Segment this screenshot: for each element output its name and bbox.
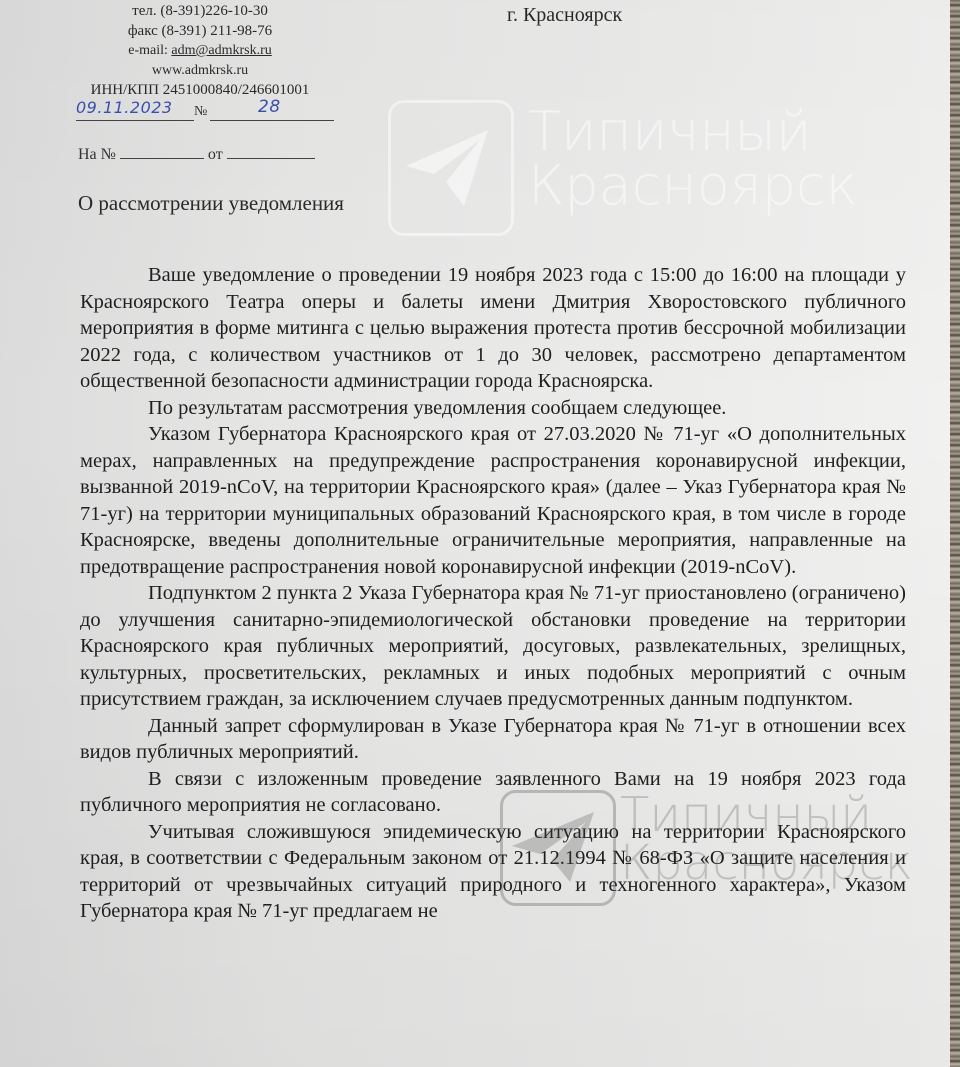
header-phone: тел. (8-391)226-10-30 xyxy=(60,1,340,21)
header-email-link[interactable]: adm@admkrsk.ru xyxy=(171,43,271,58)
paragraph-decree: Указом Губернатора Красноярского края от… xyxy=(80,421,906,580)
header-fax: факс (8-391) 211-98-76 xyxy=(60,21,340,41)
reply-prefix: На № xyxy=(78,146,116,163)
city-name: г. Красноярск xyxy=(507,4,622,27)
paragraph-results: По результатам рассмотрения уведомления … xyxy=(80,395,906,422)
watermark-top: Типичный Красноярск xyxy=(388,100,908,230)
watermark-line1: Типичный xyxy=(528,104,812,160)
watermark-logo-frame xyxy=(388,100,514,236)
document-page: тел. (8-391)226-10-30 факс (8-391) 211-9… xyxy=(0,0,950,1067)
letter-body: Ваше уведомление о проведении 19 ноября … xyxy=(80,262,906,925)
paragraph-ban: Данный запрет сформулирован в Указе Губе… xyxy=(80,713,906,766)
reply-reference-row: На №от xyxy=(78,144,319,164)
header-inn-kpp: ИНН/КПП 2451000840/246601001 xyxy=(60,80,340,100)
telegram-paper-plane-icon xyxy=(402,122,494,212)
reply-number-blank xyxy=(120,144,204,159)
handwritten-number: 28 xyxy=(258,97,281,117)
header-website[interactable]: www.admkrsk.ru xyxy=(60,61,340,81)
paragraph-subclause: Подпунктом 2 пункта 2 Указа Губернатора … xyxy=(80,580,906,713)
letter-subject: О рассмотрении уведомления xyxy=(78,191,344,216)
paragraph-proposal: Учитывая сложившуюся эпидемическую ситуа… xyxy=(80,819,906,925)
paragraph-notification: Ваше уведомление о проведении 19 ноября … xyxy=(80,262,906,395)
number-sign: № xyxy=(194,104,207,120)
header-email: e-mail: adm@admkrsk.ru xyxy=(60,41,340,61)
handwritten-date: 09.11.2023 xyxy=(76,98,173,117)
watermark-line2: Красноярск xyxy=(528,158,858,214)
header-email-label: e-mail: xyxy=(128,43,171,58)
reply-from-label: от xyxy=(208,146,223,163)
reply-date-blank xyxy=(227,144,315,159)
paragraph-not-approved: В связи с изложенным проведение заявленн… xyxy=(80,766,906,819)
